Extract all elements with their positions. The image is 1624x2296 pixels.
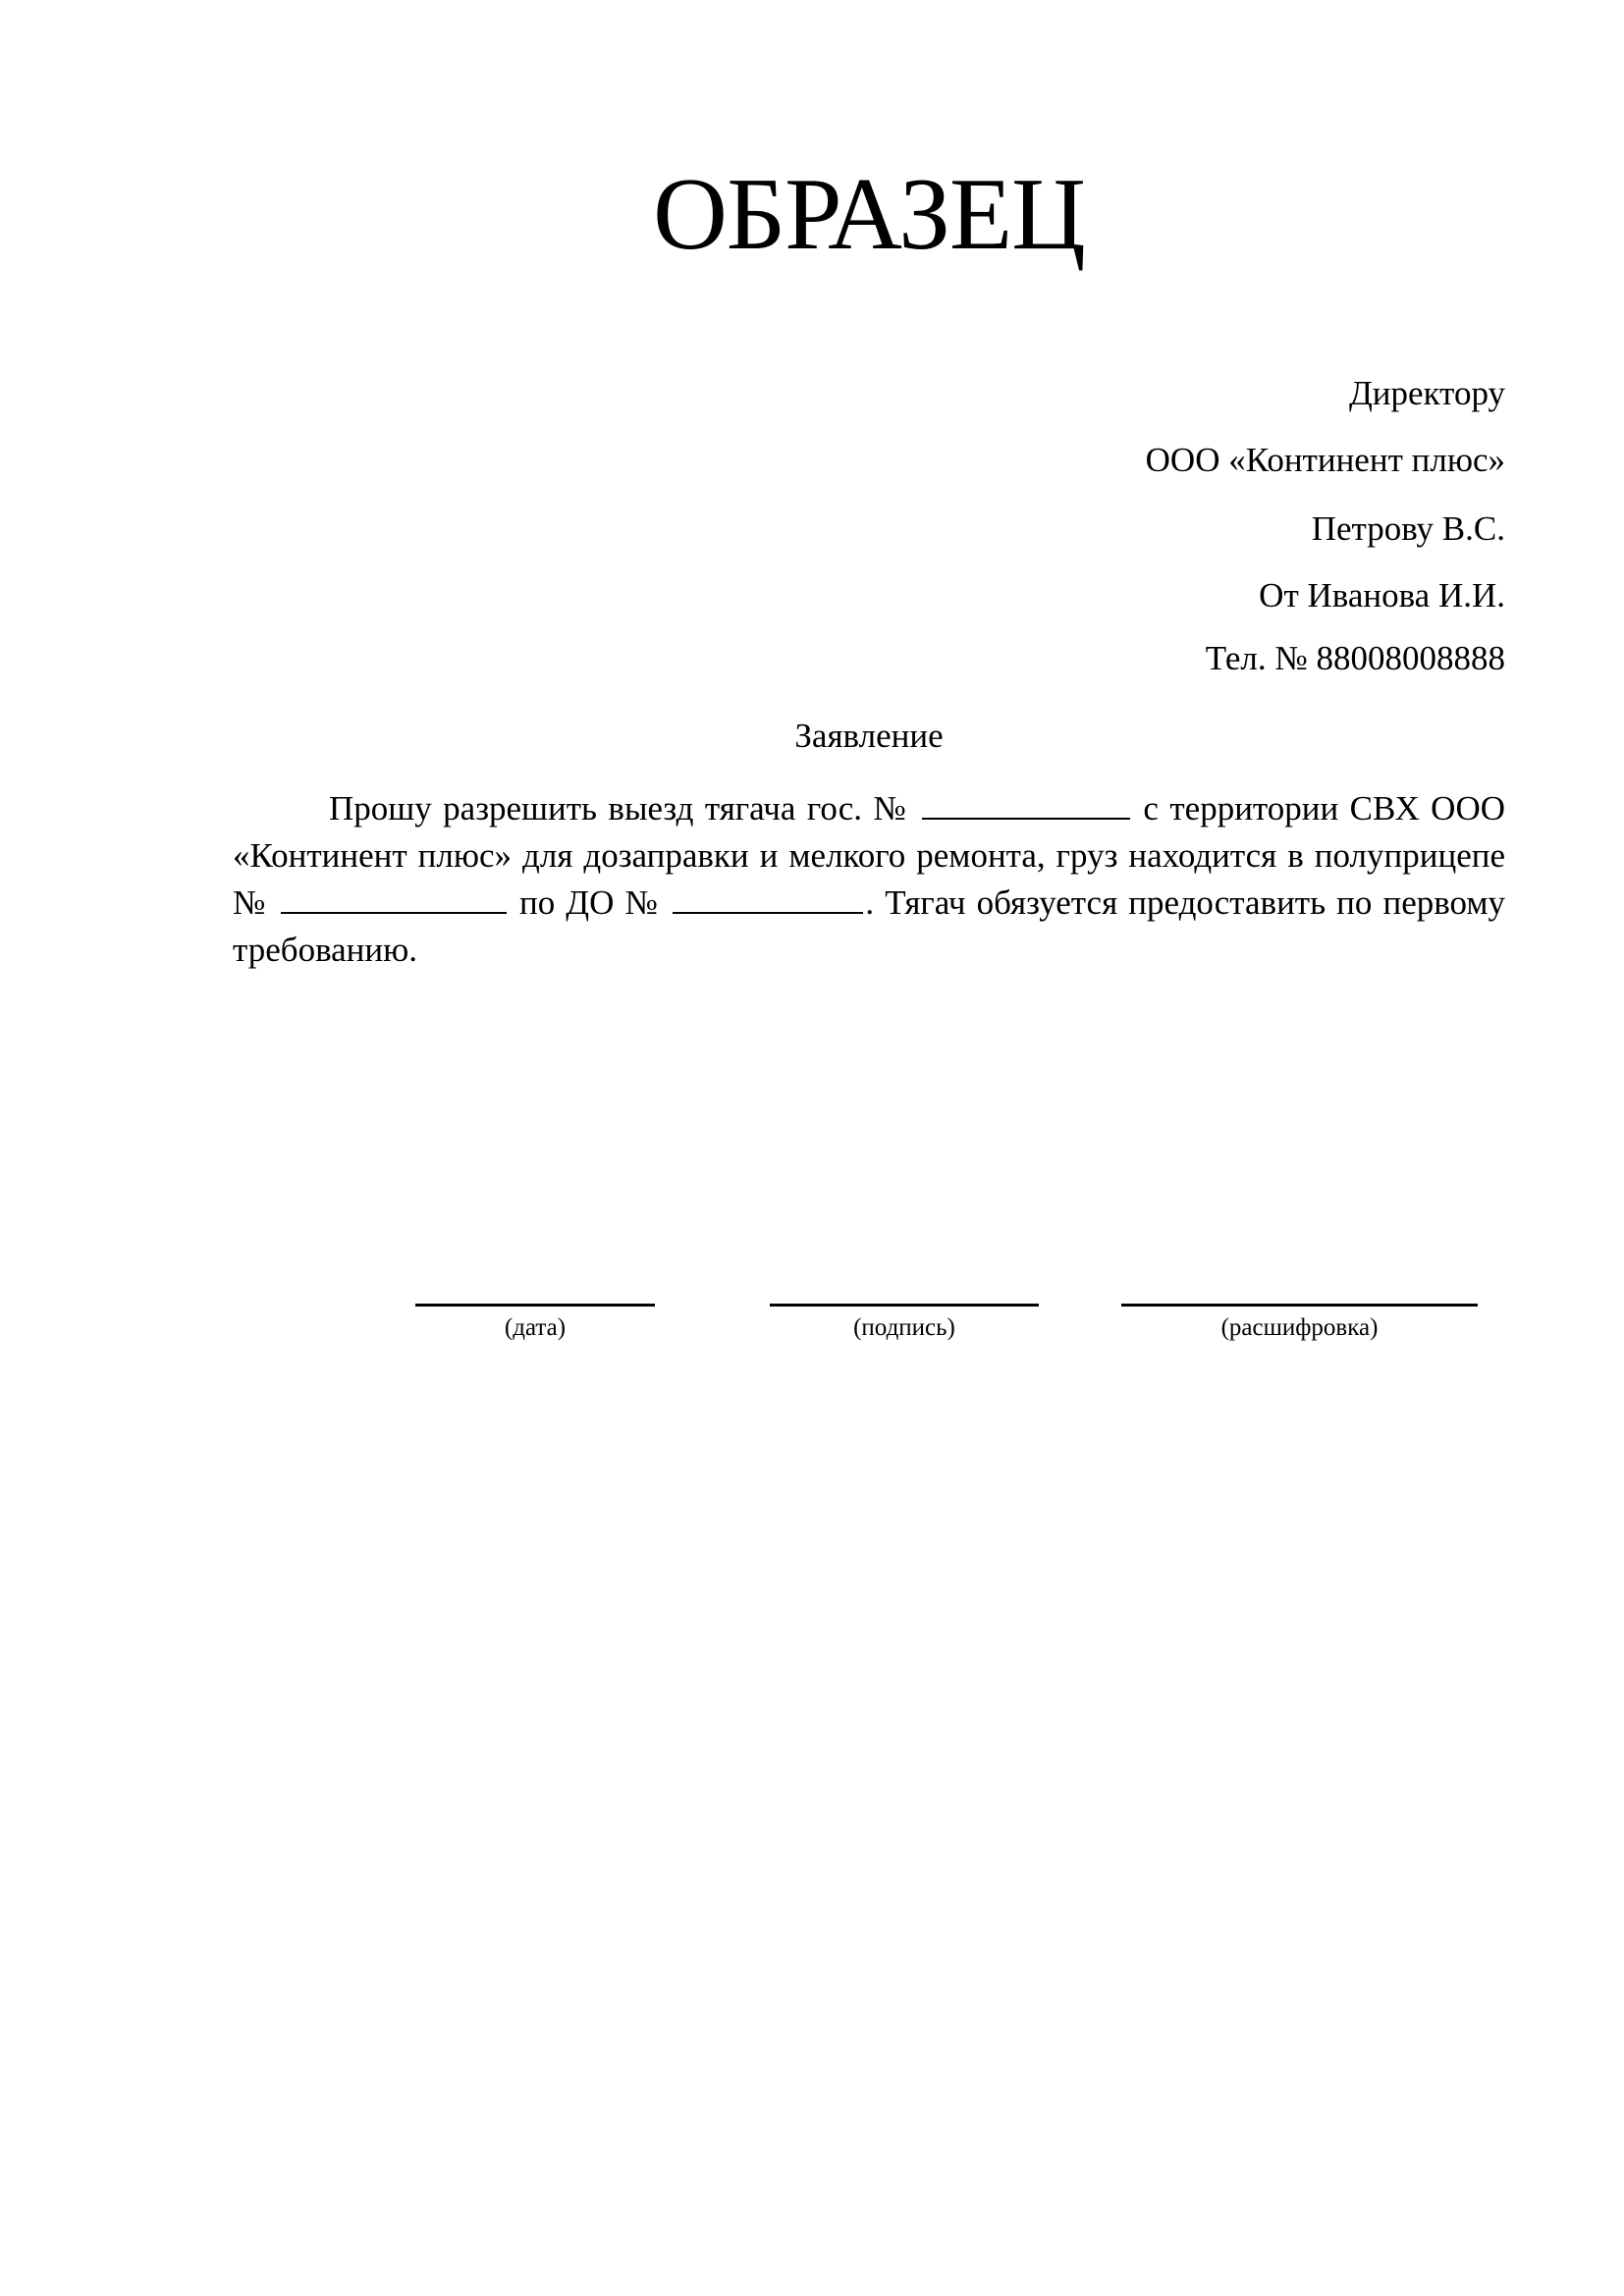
semitrailer-number-blank[interactable] (281, 882, 507, 914)
addressee-position: Директору (1349, 373, 1505, 414)
sender-phone: Тел. № 88008008888 (1206, 638, 1505, 679)
signature-line[interactable] (770, 1304, 1039, 1307)
tractor-number-blank[interactable] (922, 788, 1130, 820)
addressee-company: ООО «Континент плюс» (1146, 440, 1505, 481)
body-segment: Прошу разрешить выезд тягача гос. № (329, 789, 909, 828)
document-page: ОБРАЗЕЦ Директору ООО «Континент плюс» П… (0, 0, 1624, 2296)
date-line[interactable] (415, 1304, 655, 1307)
document-title: ОБРАЗЕЦ (233, 155, 1505, 273)
decode-label: (расшифровка) (1121, 1313, 1478, 1343)
body-segment: по ДО № (519, 883, 660, 922)
document-heading: Заявление (233, 716, 1505, 757)
sender-name: От Иванова И.И. (1259, 575, 1505, 616)
decode-line[interactable] (1121, 1304, 1478, 1307)
application-body: Прошу разрешить выезд тягача гос. № с те… (233, 785, 1505, 974)
signature-label: (подпись) (770, 1313, 1039, 1343)
addressee-name: Петрову В.С. (1312, 508, 1505, 550)
date-label: (дата) (415, 1313, 655, 1343)
do-number-blank[interactable] (673, 882, 863, 914)
